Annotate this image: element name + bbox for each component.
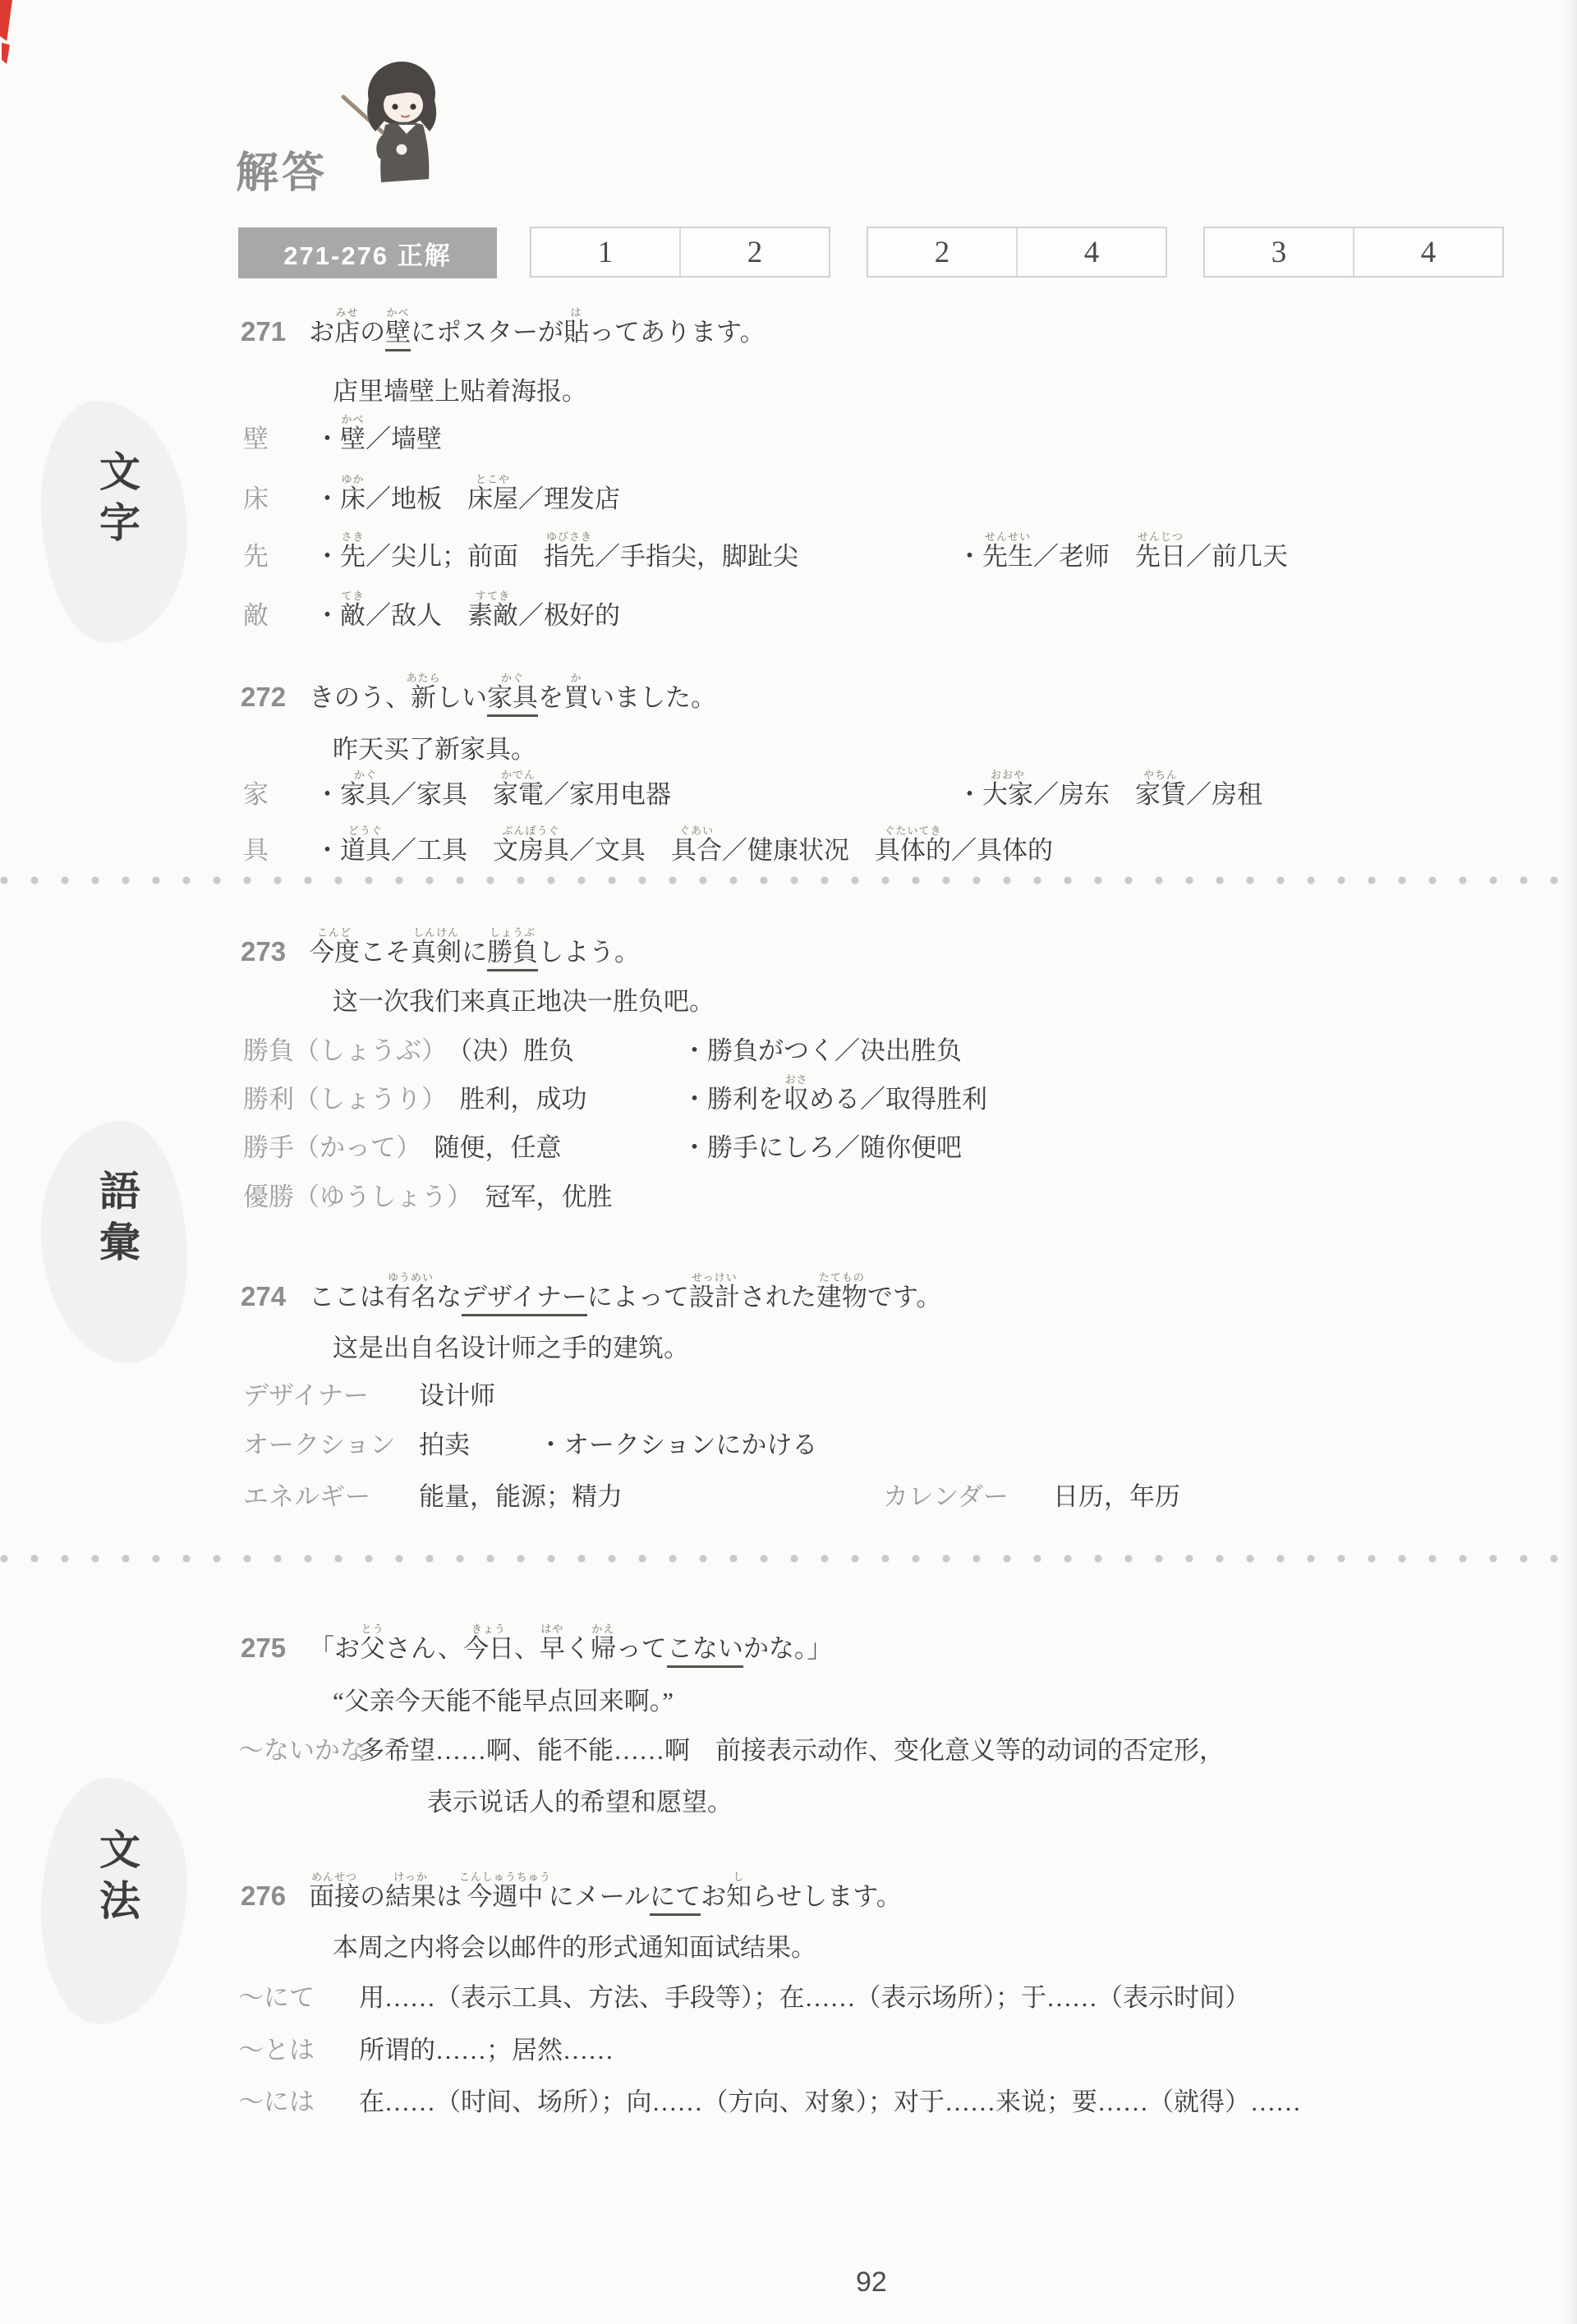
q271-row-saki-right: ・先生せんせい／老师 先日せんじつ／前几天: [957, 524, 1288, 572]
q276-row-niwa: ～には: [238, 2069, 315, 2117]
answer-box-group-2: 2 4: [867, 227, 1167, 278]
q272-row-ie-right: ・大家おおや／房东 家賃やちん／房租: [957, 762, 1262, 810]
answer-box-group-3: 3 4: [1203, 227, 1504, 278]
q271-row-saki: 先・先さき／尖儿；前面 指先ゆびさき／手指尖，脚趾尖: [243, 524, 798, 572]
q271-row-kabe: 壁・壁かべ／墙壁: [243, 406, 442, 454]
q274-row-calendar-meaning: 日历，年历: [1053, 1464, 1180, 1512]
q273-translation: 这一次我们来真正地决一胜负吧。: [333, 969, 715, 1017]
dotted-divider-2: [0, 1555, 1577, 1563]
q273-row-yuushou: 優勝（ゆうしょう） 冠军，优胜: [243, 1164, 613, 1212]
answer-box-group-1: 1 2: [530, 227, 830, 278]
lead-kanji-yuka: 床: [243, 485, 315, 514]
q272-sentence-text: きのう、新あたらしい家具かぐを買かいました。: [309, 672, 716, 713]
q276-sentence: 276面接めんせつの結果けっかは今週中こんしゅうちゅうにメールにてお知しらせしま…: [241, 1864, 902, 1912]
page-number: 92: [856, 2267, 887, 2299]
q274-row-designer: デザイナー: [243, 1363, 369, 1411]
q273-sentence: 273今度こんどこそ真剣しんけんに勝負しょうぶしよう。: [241, 920, 640, 967]
q275-pattern-meaning: 多希望……啊、能不能……啊 前接表示动作、变化意义等的动词的否定形，: [359, 1718, 1225, 1766]
q271-row-yuka: 床・床ゆか／地板 床屋とこや／理发店: [243, 466, 620, 514]
sidebar-label-bunpo: 文法: [87, 1828, 146, 1930]
q274-row-designer-meaning: 设计师: [419, 1363, 495, 1411]
q274-number: 274: [241, 1282, 286, 1312]
q274-sentence: 274ここは有名ゆうめいなデザイナーによって設計せっけいされた建物たてものです。: [241, 1265, 941, 1312]
q276-row-towa: ～とは: [238, 2018, 315, 2065]
q274-row-auction-example: ・オークションにかける: [538, 1412, 817, 1460]
q276-row-nite-meaning: 用……（表示工具、方法、手段等）；在……（表示场所）；于……（表示时间）: [359, 1965, 1250, 2013]
q273-row-katte: 勝手（かって） 随便，任意: [243, 1115, 562, 1163]
q272-number: 272: [241, 682, 286, 713]
q271-sentence-text: お店みせの壁かべにポスターが貼はってあります。: [309, 306, 766, 347]
lead-kanji-teki: 敵: [243, 602, 315, 631]
answer-range-label: 271-276 正解: [238, 227, 497, 278]
answer-cell-275: 3: [1205, 228, 1353, 276]
dotted-divider-1: [0, 876, 1577, 884]
page-corner-mark-small: [2, 43, 10, 64]
page-corner-mark: [0, 0, 12, 41]
answer-cell-274: 4: [1016, 228, 1166, 276]
q274-row-auction-meaning: 拍卖: [419, 1412, 470, 1460]
q276-row-towa-meaning: 所谓的……；居然……: [359, 2018, 614, 2065]
q271-row-teki: 敵・敵てき／敌人 素敵すてき／极好的: [243, 583, 620, 631]
q276-translation: 本周之内将会以邮件的形式通知面试结果。: [333, 1915, 816, 1963]
page-edge-shade: [1564, 0, 1577, 2324]
page-title: 解答: [236, 138, 328, 200]
q276-row-nite: ～にて: [238, 1965, 315, 2013]
q271-translation: 店里墙壁上贴着海报。: [333, 359, 587, 406]
lead-kanji-gu: 具: [243, 837, 315, 866]
q273-row-shouri: 勝利（しょうり） 胜利，成功: [243, 1067, 587, 1114]
q275-pattern: ～ないかな: [238, 1718, 366, 1766]
answer-cell-273: 2: [868, 228, 1016, 276]
q273-sentence-text: 今度こんどこそ真剣しんけんに勝負しょうぶしよう。: [309, 926, 640, 967]
sidebar-label-moji: 文字: [87, 450, 146, 552]
q275-sentence: 275「お父とうさん、今日きょう、早はやく帰かえってこないかな。」: [241, 1616, 832, 1664]
sidebar-label-goi: 語彙: [87, 1169, 146, 1271]
q276-sentence-text: 面接めんせつの結果けっかは今週中こんしゅうちゅうにメールにてお知しらせします。: [309, 1871, 902, 1912]
q276-number: 276: [241, 1881, 286, 1912]
q271-sentence: 271お店みせの壁かべにポスターが貼はってあります。: [241, 300, 766, 347]
q274-row-energy: エネルギー: [243, 1464, 370, 1512]
q272-sentence: 272きのう、新あたらしい家具かぐを買かいました。: [241, 665, 716, 713]
q273-row-shoubu-example: ・勝負がつく／决出胜负: [682, 1018, 962, 1066]
q275-number: 275: [241, 1633, 286, 1664]
q272-row-gu: 具・道具どうぐ／工具 文房具ぶんぼうぐ／文具 具合ぐあい／健康状况 具体的ぐたい…: [243, 818, 1053, 866]
q274-translation: 这是出自名设计师之手的建筑。: [333, 1316, 689, 1363]
q271-number: 271: [241, 317, 286, 347]
q274-row-auction: オークション: [243, 1412, 395, 1460]
answer-cell-272: 2: [679, 228, 829, 276]
lead-kanji-saki: 先: [243, 543, 315, 572]
q275-pattern-meaning-cont: 表示说话人的希望和愿望。: [427, 1770, 733, 1817]
q274-row-calendar: カレンダー: [883, 1464, 1009, 1512]
q272-row-ie: 家・家具かぐ／家具 家電かでん／家用电器: [243, 762, 671, 810]
lead-kanji-ie: 家: [243, 781, 315, 810]
q274-row-energy-meaning: 能量，能源；精力: [419, 1464, 623, 1512]
girl-teacher-illustration: [341, 51, 441, 215]
q275-translation: “父亲今天能不能早点回来啊。”: [333, 1669, 674, 1716]
q273-row-katte-example: ・勝手にしろ／随你便吧: [682, 1115, 962, 1163]
q274-sentence-text: ここは有名ゆうめいなデザイナーによって設計せっけいされた建物たてものです。: [309, 1271, 941, 1312]
answer-cell-271: 1: [531, 228, 679, 276]
workbook-answer-page: 解答 271-276 正解 1 2 2 4 3 4 文字 語彙 文法 271お店…: [0, 0, 1577, 2324]
lead-kanji-kabe: 壁: [243, 425, 315, 454]
q272-translation: 昨天买了新家具。: [333, 717, 536, 765]
answer-cell-276: 4: [1353, 228, 1502, 276]
q273-row-shouri-example: ・勝利を収おさめる／取得胜利: [682, 1067, 987, 1114]
q273-number: 273: [241, 937, 286, 967]
q273-row-shoubu: 勝負（しょうぶ） （决）胜负: [243, 1018, 574, 1066]
q275-sentence-text: 「お父とうさん、今日きょう、早はやく帰かえってこないかな。」: [309, 1623, 832, 1664]
q276-row-niwa-meaning: 在……（时间、场所）；向……（方向、对象）；对于……来说；要……（就得）……: [359, 2069, 1301, 2117]
